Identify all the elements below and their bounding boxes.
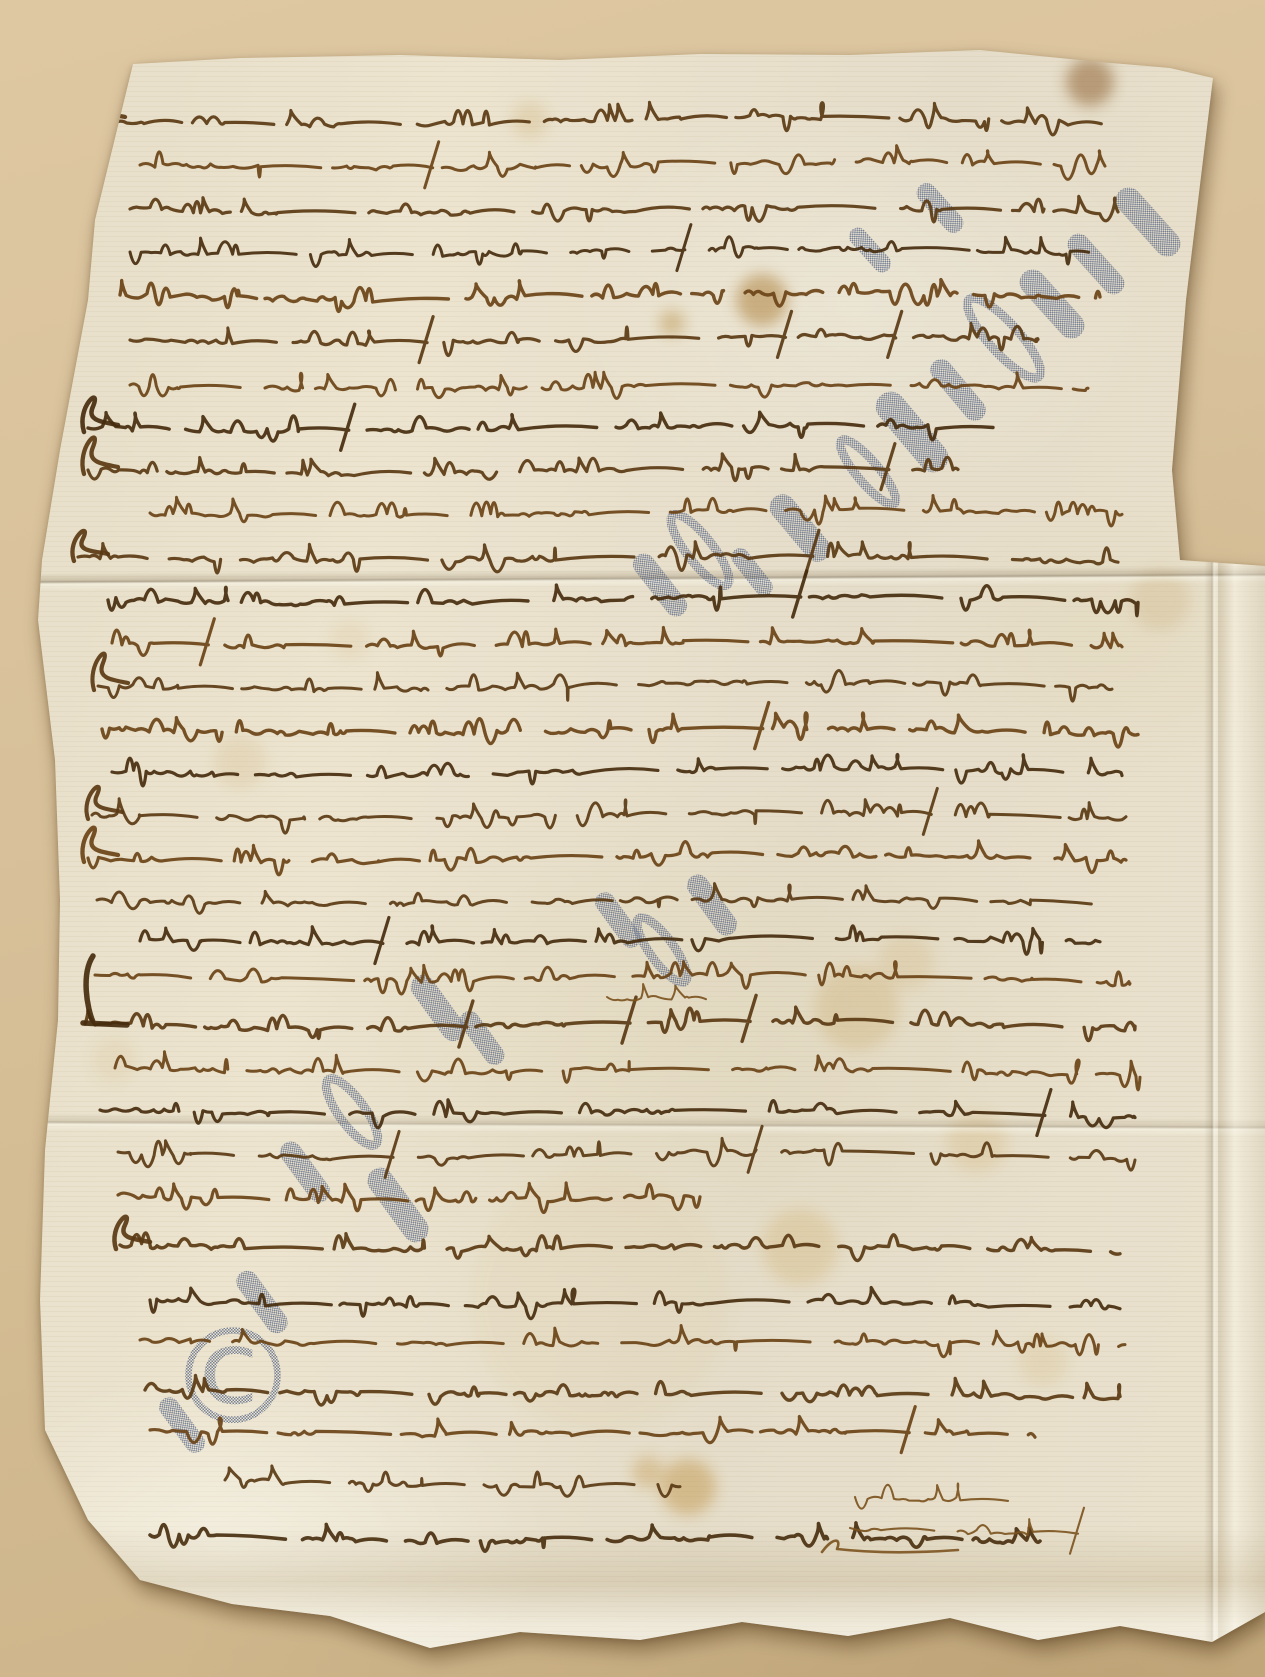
handwriting-line <box>102 703 1138 749</box>
handwriting-line <box>118 1126 1135 1177</box>
signature-flourish <box>822 1541 958 1553</box>
initial-capital <box>89 94 125 124</box>
handwriting-line <box>150 495 1122 526</box>
handwriting-line <box>120 1233 1120 1261</box>
handwriting-line <box>88 841 1126 875</box>
watermark-fragment <box>276 1137 335 1207</box>
watermark-fragment <box>629 549 692 621</box>
watermark-layer: © <box>155 179 1186 1457</box>
handwriting-line <box>115 1052 1140 1090</box>
handwriting-line <box>850 1508 1084 1554</box>
handwriting-line <box>85 995 1135 1047</box>
handwriting-line <box>130 225 1092 271</box>
large-initial-capital <box>83 956 127 1025</box>
handwriting-line <box>88 404 1010 450</box>
watermark-fragment <box>728 544 777 599</box>
scan-background: © <box>0 0 1265 1677</box>
handwriting-line <box>607 984 706 1000</box>
handwriting-line <box>88 444 958 490</box>
watermark-fragment <box>1063 229 1129 299</box>
handwriting-line <box>855 1483 1008 1508</box>
watermark-fragment <box>1014 264 1090 344</box>
manuscript-art: © <box>0 0 1265 1677</box>
handwriting-line <box>225 1466 680 1497</box>
handwriting-line <box>78 530 1118 576</box>
handwriting-line <box>112 755 1122 786</box>
watermark-fragment <box>362 1163 434 1248</box>
handwriting-line <box>95 962 1130 994</box>
watermark-fragment <box>1110 182 1186 262</box>
handwriting-line <box>150 1523 1040 1551</box>
handwriting-line <box>98 671 1112 702</box>
watermark-fragment <box>833 434 903 511</box>
handwriting-line <box>108 571 1138 617</box>
handwriting-line <box>100 1090 1135 1136</box>
watermark-fragment <box>456 1007 509 1069</box>
handwriting-line <box>130 311 1038 362</box>
handwriting-line <box>95 102 1115 134</box>
watermark-fragment <box>926 355 990 426</box>
handwriting-line <box>120 280 1100 312</box>
manuscript-page: © <box>0 0 1265 1677</box>
handwriting-line <box>92 788 1126 834</box>
watermark-fragment <box>683 870 742 940</box>
handwriting-line <box>130 196 1118 221</box>
sheet-wrapper: © <box>0 0 1265 1677</box>
handwriting-line <box>140 142 1105 188</box>
handwriting-line <box>112 619 1122 665</box>
